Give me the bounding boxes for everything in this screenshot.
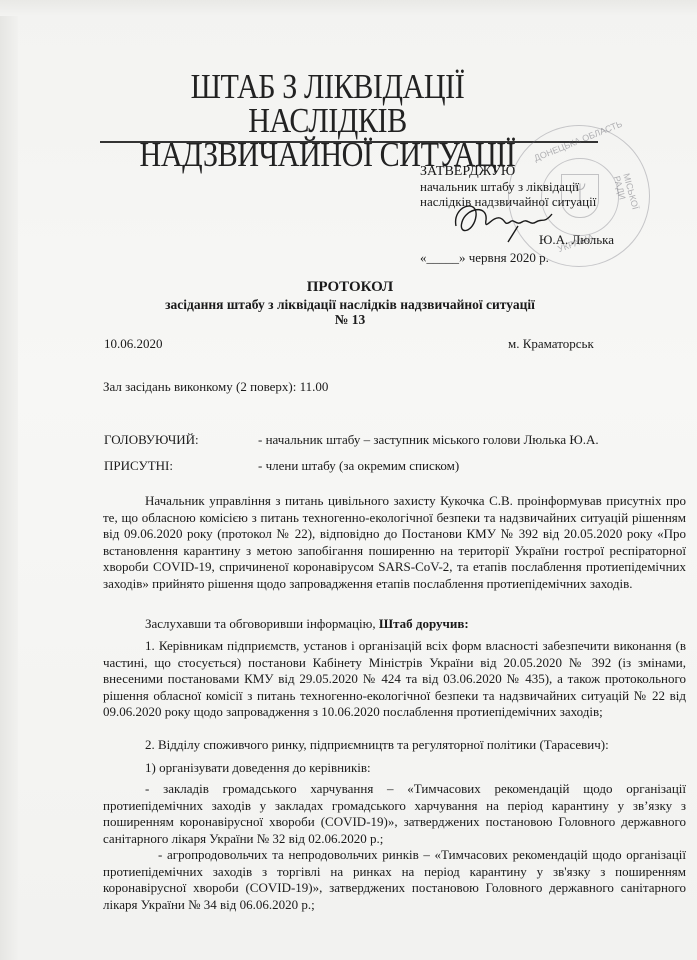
role-value-present: - члени штабу (за окремим списком) — [258, 458, 459, 474]
protocol-subtitle: засідання штабу з ліквідації наслідків н… — [100, 297, 600, 312]
item-2: 2. Відділу споживчого ринку, підприємниц… — [103, 737, 686, 754]
document-page: ШТАБ З ЛІКВІДАЦІЇ НАСЛІДКІВ НАДЗВИЧАЙНОЇ… — [0, 0, 697, 960]
protocol-number: № 13 — [100, 312, 600, 327]
protocol-title: ПРОТОКОЛ — [100, 280, 600, 295]
item-2-1-b: - агропродовольчих та непродовольчих рин… — [103, 847, 686, 913]
stamp-right-text: МІСЬКОЇ РАДИ — [612, 172, 643, 220]
page-edge-top — [0, 0, 697, 16]
meeting-city: м. Краматорськ — [508, 336, 594, 352]
intro-paragraph: Начальник управління з питань цивільного… — [103, 493, 686, 593]
approval-date: «_____» червня 2020 р. — [420, 250, 549, 266]
document-header: ШТАБ З ЛІКВІДАЦІЇ НАСЛІДКІВ НАДЗВИЧАЙНОЇ… — [132, 70, 523, 172]
resolution-prefix: Заслухавши та обговоривши інформацію, — [145, 616, 379, 631]
item-2-1: 1) організувати доведення до керівників: — [103, 760, 686, 777]
meeting-date: 10.06.2020 — [104, 336, 163, 352]
item-2-1-a: - закладів громадського харчування – «Ти… — [103, 781, 686, 847]
resolution-paragraph: Заслухавши та обговоривши інформацію, Шт… — [103, 616, 686, 633]
protocol-heading: ПРОТОКОЛ засідання штабу з ліквідації на… — [100, 280, 600, 327]
header-divider — [100, 141, 598, 143]
role-label-chair: ГОЛОВУЮЧИЙ: — [104, 432, 199, 448]
approval-title: ЗАТВЕРДЖУЮ — [420, 164, 596, 179]
header-title-line2: НАСЛІДКІВ НАДЗВИЧАЙНОЇ СИТУАЦІЇ — [132, 104, 523, 172]
approval-position-line1: начальник штабу з ліквідації — [420, 179, 596, 194]
page-edge-left — [0, 0, 18, 960]
resolution-bold: Штаб доручив: — [379, 616, 469, 631]
header-title-line1: ШТАБ З ЛІКВІДАЦІЇ — [132, 70, 523, 104]
meeting-place-time: Зал засідань виконкому (2 поверх): 11.00 — [103, 379, 328, 395]
item-1: 1. Керівникам підприємств, установ і орг… — [103, 638, 686, 721]
role-value-chair: - начальник штабу – заступник міського г… — [258, 432, 599, 448]
role-label-present: ПРИСУТНІ: — [104, 458, 173, 474]
stamp-outer-text: ДОНЕЦЬКА ОБЛАСТЬ — [533, 119, 624, 164]
approval-name: Ю.А. Люлька — [539, 232, 614, 248]
